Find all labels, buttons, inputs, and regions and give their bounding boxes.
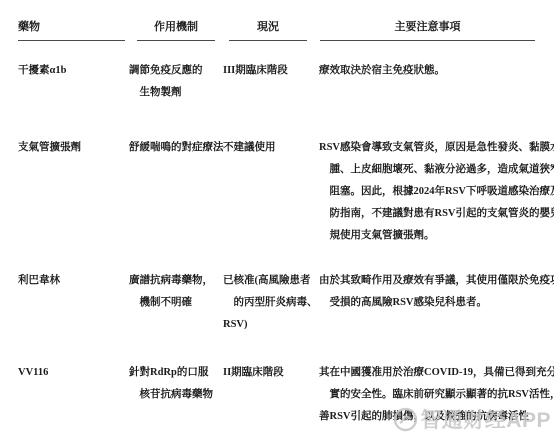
header-notes: 主要注意事項 bbox=[320, 15, 535, 41]
mechanism-cell: 舒緩喘鳴的對症療法 bbox=[129, 137, 215, 247]
table-row: 干擾素α1b 調節免疫反應的 生物製劑 III期臨床階段 療效取決於宿主免疫狀態… bbox=[18, 60, 535, 104]
status-cell: 不建議使用 bbox=[223, 137, 307, 247]
table-row: VV116 針對RdRp的口服 核苷抗病毒藥物 II期臨床階段 其在中國獲准用於… bbox=[18, 362, 535, 428]
header-mechanism: 作用機制 bbox=[137, 15, 215, 41]
notes-cell: RSV感染會導致支氣管炎，原因是急性發炎、黏膜水 腫、上皮細胞壞死、黏液分泌過多… bbox=[319, 137, 535, 247]
table-header-row: 藥物 作用機制 現況 主要注意事項 bbox=[18, 15, 535, 41]
header-drug: 藥物 bbox=[18, 15, 125, 41]
table-row: 支氣管擴張劑 舒緩喘鳴的對症療法 不建議使用 RSV感染會導致支氣管炎，原因是急… bbox=[18, 137, 535, 247]
mechanism-cell: 針對RdRp的口服 核苷抗病毒藥物 bbox=[129, 362, 215, 428]
header-status: 現況 bbox=[229, 15, 307, 41]
status-cell: II期臨床階段 bbox=[223, 362, 307, 428]
drug-name: VV116 bbox=[18, 362, 125, 428]
notes-cell: 其在中國獲准用於治療COVID-19，具備已得到充分證 實的安全性。臨床前研究顯… bbox=[319, 362, 535, 428]
notes-cell: 療效取決於宿主免疫狀態。 bbox=[319, 60, 535, 104]
drug-name: 利巴韋林 bbox=[18, 270, 125, 336]
drug-name: 支氣管擴張劑 bbox=[18, 137, 125, 247]
mechanism-cell: 調節免疫反應的 生物製劑 bbox=[129, 60, 215, 104]
mechanism-cell: 廣譜抗病毒藥物， 機制不明確 bbox=[129, 270, 215, 336]
status-cell: III期臨床階段 bbox=[223, 60, 307, 104]
drug-name: 干擾素α1b bbox=[18, 60, 125, 104]
status-cell: 已核准(高風險患者 的丙型肝炎病毒、 RSV) bbox=[223, 270, 307, 336]
rsv-drug-table: 藥物 作用機制 現況 主要注意事項 干擾素α1b 調節免疫反應的 生物製劑 II… bbox=[18, 15, 535, 428]
notes-cell: 由於其致畸作用及療效有爭議，其使用僅限於免疫功能 受損的高風險RSV感染兒科患者… bbox=[319, 270, 535, 336]
prospectus-table-page: 藥物 作用機制 現況 主要注意事項 干擾素α1b 調節免疫反應的 生物製劑 II… bbox=[0, 0, 554, 440]
table-row: 利巴韋林 廣譜抗病毒藥物， 機制不明確 已核准(高風險患者 的丙型肝炎病毒、 R… bbox=[18, 270, 535, 336]
